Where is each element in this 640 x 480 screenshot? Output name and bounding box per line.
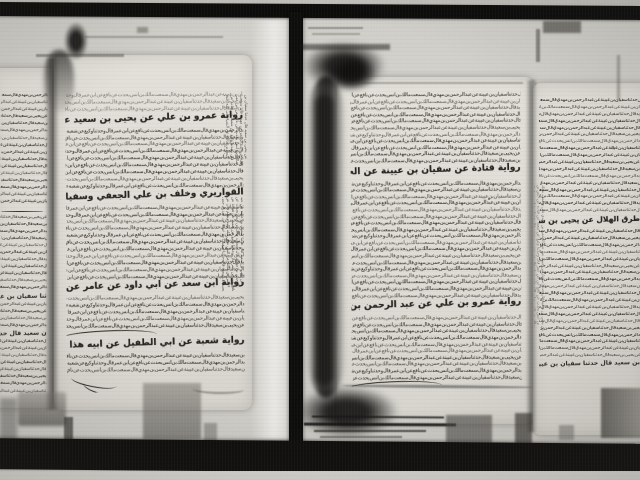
text-line: ثنا سفيان بن عيينة عن عبد الرحمن بن مهدي… <box>539 146 640 153</box>
smudge <box>446 415 492 443</box>
scratch-line <box>36 54 124 57</box>
smudge <box>543 21 581 33</box>
microfilm-scan: د الرحمن بن مهدي قال سمعت مالك بن أنس يح… <box>0 0 640 480</box>
smudge <box>18 392 66 426</box>
text-line: يد قال حدثنا سفيان بن عيينة عن عبد الرحم… <box>539 201 640 208</box>
text-line: عن يحيى بن سعيد قال حدثنا سفيان بن عيينة… <box>539 264 640 271</box>
marginal-annotation: عن يحيى بن سعيد قال حدثنا سفيان بن عيينة… <box>222 197 244 292</box>
text-block-right-partial: ل حدثنا سفيان بن عيينة عن عبد الرحمن بن … <box>539 98 640 383</box>
divider-rule <box>0 206 47 214</box>
smudge <box>601 388 640 438</box>
marginal-annotation: عن يحيى بن سعيد قال حدثنا سفيان بن عيينة… <box>534 185 545 333</box>
dust-speck <box>488 198 490 200</box>
scratch-line <box>314 430 426 432</box>
text-line: يان بن عيينة عن عبد الرحمن بن مهدي قال س… <box>539 257 640 264</box>
ink-blot <box>328 55 376 91</box>
text-line: يان بن عيينة عن عبد الرحمن بن مهدي قال س… <box>540 153 640 160</box>
film-edge-strip-bottom <box>0 471 640 480</box>
dust-speck <box>167 252 169 254</box>
text-line: يحيى بن سعيد قال حدثنا سفيان بن عيينة عن… <box>540 326 640 333</box>
text-line: بن سعيد قال حدثنا سفيان بن عيينة عن عبد … <box>539 167 640 174</box>
text-block-left-main: يان بن عيينة عن عبد الرحمن بن مهدي قال س… <box>65 91 245 392</box>
marginal-annotation: عن يحيى بن سعيد قال حدثنا سفيان بن عيينة… <box>224 95 248 167</box>
text-line: عن يحيى بن سعيد قال حدثنا سفيان بن عيينة… <box>539 160 640 167</box>
text-block-right-main: ل حدثنا سفيان بن عيينة عن عبد الرحمن بن … <box>350 92 522 393</box>
text-line: ثنا سفيان بن عيينة عن عبد الرحمن بن مهدي… <box>539 339 640 346</box>
text-line: يد قال حدثنا سفيان بن عيينة عن عبد الرحم… <box>539 112 640 119</box>
scratch-line <box>617 55 620 101</box>
text-line: د الرحمن بن مهدي قال سمعت مالك بن أنس يح… <box>539 139 640 146</box>
text-line: بن سعيد قال حدثنا سفيان بن عيينة عن عبد … <box>540 270 640 277</box>
scratch-line <box>308 27 363 29</box>
text-block-left-partial: د الرحمن بن مهدي قال سمعت مالك بن أنس يح… <box>0 93 48 399</box>
smudge <box>559 425 574 440</box>
text-line: ن سعيد قال حدثنا سفيان بن عيينة عن عبد ا… <box>539 284 640 291</box>
dust-speck <box>399 283 401 285</box>
page-top-edge <box>345 82 523 84</box>
text-line: يحيى بن سعيد قال حدثنا سفيان بن عيينة عن… <box>539 132 640 139</box>
dust-speck <box>612 146 614 148</box>
scratch-line <box>320 436 402 438</box>
text-line: قال حدثنا سفيان بن عيينة عن عبد الرحمن ب… <box>539 319 640 326</box>
frame-margin-highlight <box>250 20 290 440</box>
text-line: د الرحمن بن مهدي قال سمعت مالك بن أنس يح… <box>0 285 47 292</box>
text-line: د الرحمن بن مهدي قال سمعت مالك بن أنس يح… <box>539 333 640 340</box>
section-heading: طرق الهلال عن يحيى بن سعيد ٥ <box>539 214 640 230</box>
text-line: ل حدثنا سفيان بن عيينة عن عبد الرحمن بن … <box>540 98 640 105</box>
text-line: ل حدثنا سفيان بن عيينة عن عبد الرحمن بن … <box>539 291 640 298</box>
text-line: بد الرحمن بن مهدي قال سمعت مالك بن أنس ي… <box>539 277 640 284</box>
text-line: يحيى بن سعيد قال حدثنا سفيان بن عيينة عن… <box>539 236 640 243</box>
bold-text-line: ثنا سفيان بن عيينة عن عبد الرحمن بن مهدي… <box>0 292 47 302</box>
film-black-bar-bottom <box>0 438 640 475</box>
smudge <box>300 44 390 50</box>
bold-text-line: ن سعيد قال حدثنا سفيان بن عيينة عن عبد ا… <box>0 330 47 340</box>
film-black-bar-top <box>0 2 640 20</box>
page-top-edge <box>85 36 223 38</box>
text-line: ن سعيد قال حدثنا سفيان بن عيينة عن عبد ا… <box>540 181 640 188</box>
smudge <box>0 398 17 442</box>
frame-divider-bar <box>289 12 303 446</box>
text-line: ل حدثنا سفيان بن عيينة عن عبد الرحمن بن … <box>539 188 640 195</box>
text-line: بد الرحمن بن مهدي قال سمعت مالك بن أنس ي… <box>539 174 640 181</box>
text-line: قال حدثنا سفيان بن عيينة عن عبد الرحمن ب… <box>540 126 640 133</box>
bold-text-line: بن سعيد قال حدثنا سفيان بن عيينة عن عبد … <box>539 359 640 370</box>
text-line: ال حدثنا سفيان بن عيينة عن عبد الرحمن بن… <box>539 119 640 126</box>
smudge <box>536 29 540 62</box>
text-line: قال حدثنا سفيان بن عيينة عن عبد الرحمن ب… <box>539 229 640 236</box>
text-line: ثنا سفيان بن عيينة عن عبد الرحمن بن مهدي… <box>539 250 640 257</box>
scratch-line <box>312 33 360 35</box>
text-line: ان بن عيينة عن عبد الرحمن بن مهدي قال سم… <box>539 194 640 201</box>
text-line: د الرحمن بن مهدي قال سمعت مالك بن أنس يح… <box>540 243 640 250</box>
text-line: يد قال حدثنا سفيان بن عيينة عن عبد الرحم… <box>539 305 640 312</box>
book-gutter-shadow-core <box>315 95 333 385</box>
text-line: يان بن عيينة عن عبد الرحمن بن مهدي قال س… <box>539 346 640 353</box>
smudge <box>137 27 148 33</box>
smudge <box>515 413 532 444</box>
fold-shadow <box>44 50 74 112</box>
text-line: ان بن عيينة عن عبد الرحمن بن مهدي قال سم… <box>539 105 640 112</box>
smudge <box>143 383 201 439</box>
text-line: ال حدثنا سفيان بن عيينة عن عبد الرحمن بن… <box>539 312 640 319</box>
text-line: ان بن عيينة عن عبد الرحمن بن مهدي قال سم… <box>540 298 640 305</box>
